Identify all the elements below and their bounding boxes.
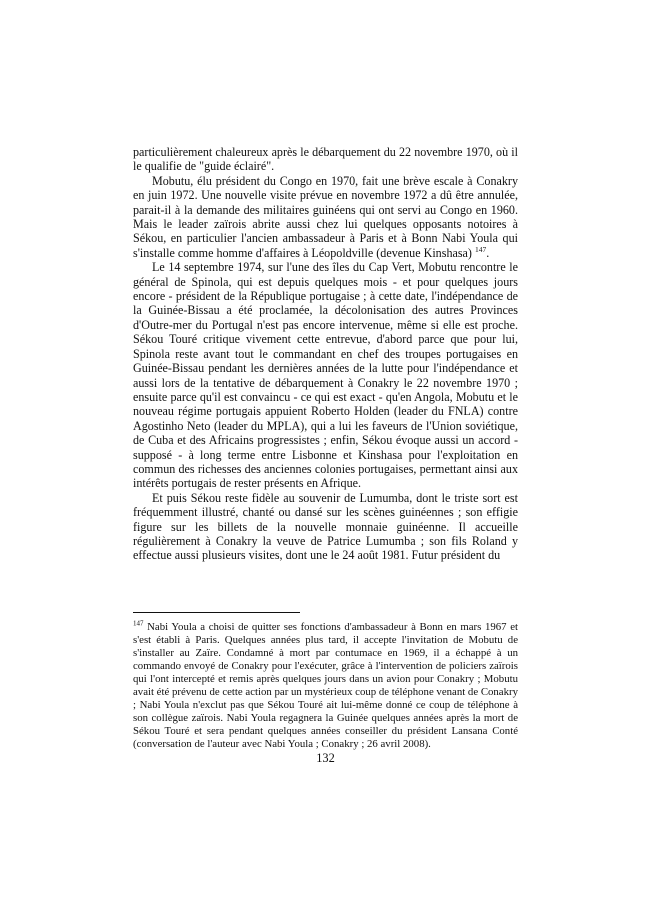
body-text-block: particulièrement chaleureux après le déb… xyxy=(133,145,518,563)
footnote: 147 Nabi Youla a choisi de quitter ses f… xyxy=(133,621,518,751)
document-page: particulièrement chaleureux après le déb… xyxy=(0,0,650,920)
footnote-separator xyxy=(133,612,300,613)
paragraph-text: Mobutu, élu président du Congo en 1970, … xyxy=(133,174,518,260)
paragraph: Mobutu, élu président du Congo en 1970, … xyxy=(133,174,518,260)
paragraph-text: Et puis Sékou reste fidèle au souvenir d… xyxy=(133,491,518,563)
footnote-text: Nabi Youla a choisi de quitter ses fonct… xyxy=(133,621,518,750)
paragraph: Et puis Sékou reste fidèle au souvenir d… xyxy=(133,491,518,563)
paragraph-text: . xyxy=(486,246,489,260)
footnote-number: 147 xyxy=(133,619,144,627)
paragraph: Le 14 septembre 1974, sur l'une des îles… xyxy=(133,260,518,491)
paragraph: particulièrement chaleureux après le déb… xyxy=(133,145,518,174)
footnote-ref-marker: 147 xyxy=(475,245,486,254)
paragraph-text: Le 14 septembre 1974, sur l'une des îles… xyxy=(133,260,518,490)
paragraph-text: particulièrement chaleureux après le déb… xyxy=(133,145,518,173)
page-number: 132 xyxy=(133,751,518,766)
